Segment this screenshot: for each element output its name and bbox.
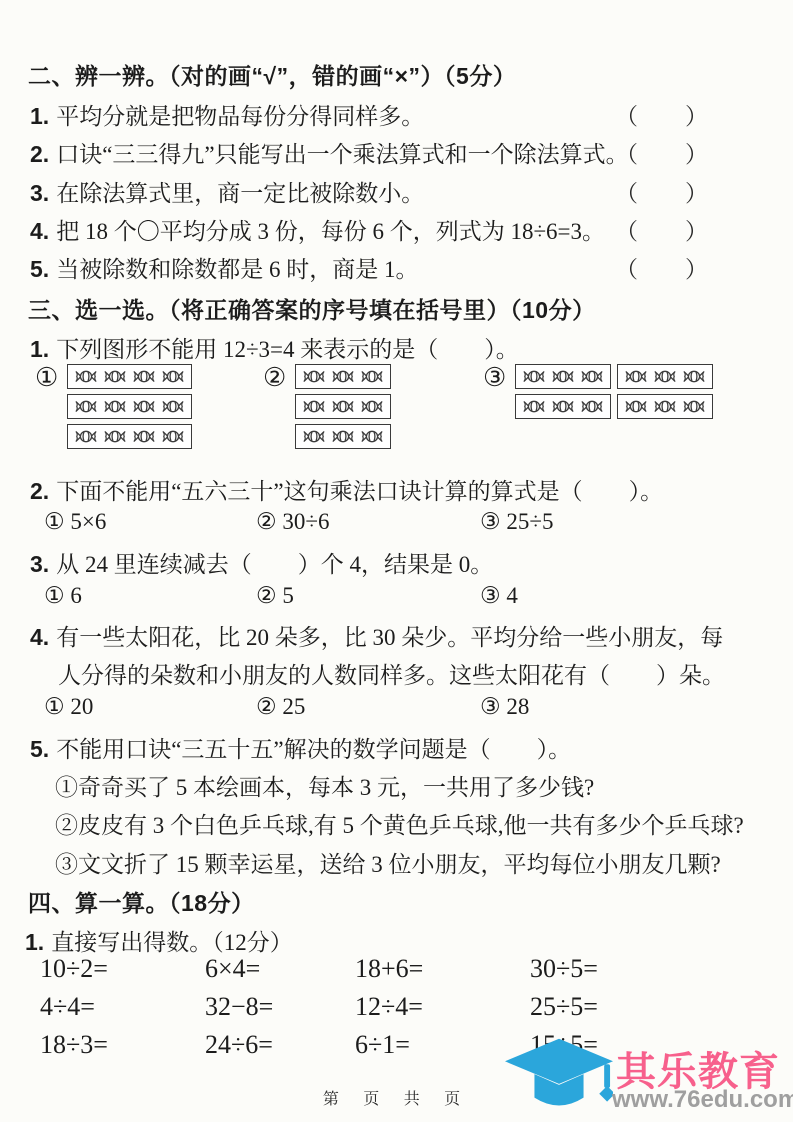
answer-bracket-close: ） bbox=[685, 175, 708, 208]
candy-icon bbox=[161, 428, 185, 445]
question-number: 4. bbox=[30, 624, 49, 650]
candy-box bbox=[67, 364, 192, 389]
candy-icon bbox=[551, 368, 575, 385]
candy-figure: ① ② ③ bbox=[0, 364, 793, 466]
question-2: 2.下面不能用“五六三十”这句乘法口诀计算的算式是（ ）。 bbox=[30, 473, 663, 506]
tf-item-4: 4.把 18 个〇平均分成 3 份，每份 6 个，列式为 18÷6=3。 （ ） bbox=[30, 213, 763, 246]
item-number: 5. bbox=[30, 256, 49, 282]
question-1: 1.下列图形不能用 12÷3=4 来表示的是（ ）。 bbox=[30, 331, 519, 364]
option-3: ③ 28 bbox=[480, 694, 529, 720]
tf-item-3: 3.在除法算式里，商一定比被除数小。 （ ） bbox=[30, 175, 763, 208]
figure-option-1: ① bbox=[35, 364, 192, 449]
calc-cell: 32−8= bbox=[205, 992, 273, 1022]
candy-icon bbox=[331, 398, 355, 415]
item-text: 把 18 个〇平均分成 3 份，每份 6 个，列式为 18÷6=3。 bbox=[56, 219, 605, 244]
option-1: ① 6 bbox=[44, 583, 82, 609]
item-number: 3. bbox=[30, 180, 49, 206]
calc-cell: 18+6= bbox=[355, 954, 423, 984]
option-3: ③ 4 bbox=[480, 583, 518, 609]
calc-cell: 10÷2= bbox=[40, 954, 108, 984]
candy-icon bbox=[653, 368, 677, 385]
candy-box bbox=[67, 394, 192, 419]
item-text: 当被除数和除数都是 6 时，商是 1。 bbox=[56, 257, 418, 282]
candy-icon bbox=[74, 368, 98, 385]
answer-bracket-open: （ bbox=[615, 251, 638, 284]
calc-cell: 30÷5= bbox=[530, 954, 598, 984]
candy-icon bbox=[302, 428, 326, 445]
candy-icon bbox=[302, 368, 326, 385]
question-number: 1. bbox=[30, 336, 49, 362]
answer-bracket-open: （ bbox=[615, 136, 638, 169]
candy-box bbox=[295, 394, 391, 419]
item-number: 2. bbox=[30, 141, 49, 167]
candy-icon bbox=[161, 398, 185, 415]
candy-box-group bbox=[295, 364, 391, 449]
candy-box bbox=[515, 394, 611, 419]
item-text: 平均分就是把物品每份分得同样多。 bbox=[56, 104, 424, 129]
candy-icon bbox=[360, 398, 384, 415]
option-2: ② 5 bbox=[256, 583, 294, 609]
question-text: 不能用口诀“三五十五”解决的数学问题是（ ）。 bbox=[56, 737, 571, 762]
candy-box bbox=[515, 364, 611, 389]
question-5-choice-2: ②皮皮有 3 个白色乒乓球,有 5 个黄色乒乓球,他一共有多少个乒乓球? bbox=[55, 807, 744, 840]
question-3: 3.从 24 里连续减去（ ）个 4，结果是 0。 bbox=[30, 546, 493, 579]
question-number: 3. bbox=[30, 551, 49, 577]
figure-option-label: ② bbox=[263, 364, 286, 392]
question-3-options: ① 6 ② 5 ③ 4 bbox=[0, 583, 793, 613]
candy-icon bbox=[161, 368, 185, 385]
question-text: 直接写出得数。（12分） bbox=[51, 930, 293, 955]
candy-icon bbox=[522, 368, 546, 385]
section4-subtitle: 1.直接写出得数。（12分） bbox=[25, 924, 293, 957]
question-2-options: ① 5×6 ② 30÷6 ③ 25÷5 bbox=[0, 509, 793, 539]
graduation-cap-icon bbox=[505, 1038, 613, 1122]
candy-icon bbox=[132, 428, 156, 445]
candy-box bbox=[295, 364, 391, 389]
figure-option-3: ③ bbox=[483, 364, 713, 419]
candy-box bbox=[617, 364, 713, 389]
candy-icon bbox=[74, 398, 98, 415]
question-4-line1: 4.有一些太阳花，比 20 朵多，比 30 朵少。平均分给一些小朋友，每 bbox=[30, 619, 723, 652]
figure-option-label: ① bbox=[35, 364, 58, 392]
candy-box-group bbox=[67, 364, 192, 449]
candy-icon bbox=[360, 368, 384, 385]
option-2: ② 25 bbox=[256, 694, 305, 720]
calc-cell: 6×4= bbox=[205, 954, 260, 984]
question-text: 下列图形不能用 12÷3=4 来表示的是（ ）。 bbox=[56, 337, 519, 362]
question-number: 5. bbox=[30, 736, 49, 762]
brand-url: www.76edu.com bbox=[612, 1086, 793, 1114]
tf-item-1: 1.平均分就是把物品每份分得同样多。 （ ） bbox=[30, 98, 763, 131]
candy-icon bbox=[624, 398, 648, 415]
figure-option-label: ③ bbox=[483, 364, 506, 392]
question-number: 1. bbox=[25, 929, 44, 955]
candy-icon bbox=[132, 398, 156, 415]
candy-icon bbox=[331, 368, 355, 385]
candy-box bbox=[617, 394, 713, 419]
candy-box bbox=[67, 424, 192, 449]
calc-cell: 6÷1= bbox=[355, 1030, 410, 1060]
question-number: 2. bbox=[30, 478, 49, 504]
candy-icon bbox=[580, 398, 604, 415]
candy-icon bbox=[360, 428, 384, 445]
candy-box bbox=[295, 424, 391, 449]
item-number: 1. bbox=[30, 103, 49, 129]
question-text: 人分得的朵数和小朋友的人数同样多。这些太阳花有（ ）朵。 bbox=[58, 663, 725, 688]
item-text: 在除法算式里，商一定比被除数小。 bbox=[56, 181, 424, 206]
candy-icon bbox=[551, 398, 575, 415]
candy-box-group bbox=[515, 364, 713, 419]
question-4-options: ① 20 ② 25 ③ 28 bbox=[0, 694, 793, 724]
section3-title: 三、选一选。（将正确答案的序号填在括号里）（10分） bbox=[28, 292, 596, 325]
candy-icon bbox=[74, 428, 98, 445]
item-number: 4. bbox=[30, 218, 49, 244]
answer-bracket-open: （ bbox=[615, 175, 638, 208]
candy-icon bbox=[103, 428, 127, 445]
candy-icon bbox=[653, 398, 677, 415]
answer-bracket-close: ） bbox=[685, 251, 708, 284]
question-4-line2: 人分得的朵数和小朋友的人数同样多。这些太阳花有（ ）朵。 bbox=[58, 657, 725, 690]
candy-icon bbox=[331, 428, 355, 445]
candy-icon bbox=[132, 368, 156, 385]
item-text: 口诀“三三得九”只能写出一个乘法算式和一个除法算式。 bbox=[56, 142, 628, 167]
option-2: ② 30÷6 bbox=[256, 509, 330, 535]
answer-bracket-close: ） bbox=[685, 98, 708, 131]
tf-item-2: 2.口诀“三三得九”只能写出一个乘法算式和一个除法算式。 （ ） bbox=[30, 136, 763, 169]
candy-icon bbox=[580, 368, 604, 385]
option-1: ① 5×6 bbox=[44, 509, 106, 535]
question-text: 有一些太阳花，比 20 朵多，比 30 朵少。平均分给一些小朋友，每 bbox=[56, 625, 723, 650]
answer-bracket-close: ） bbox=[685, 136, 708, 169]
section2-title: 二、辨一辨。（对的画“√”，错的画“×”）（5分） bbox=[28, 58, 516, 91]
answer-bracket-close: ） bbox=[685, 213, 708, 246]
figure-option-2: ② bbox=[263, 364, 391, 449]
question-5: 5.不能用口诀“三五十五”解决的数学问题是（ ）。 bbox=[30, 731, 571, 764]
calc-cell: 24÷6= bbox=[205, 1030, 273, 1060]
answer-bracket-open: （ bbox=[615, 213, 638, 246]
worksheet-page: 二、辨一辨。（对的画“√”，错的画“×”）（5分） 1.平均分就是把物品每份分得… bbox=[0, 0, 793, 1122]
candy-icon bbox=[522, 398, 546, 415]
candy-icon bbox=[103, 368, 127, 385]
candy-icon bbox=[682, 398, 706, 415]
question-text: 下面不能用“五六三十”这句乘法口诀计算的算式是（ ）。 bbox=[56, 479, 663, 504]
calc-cell: 12÷4= bbox=[355, 992, 423, 1022]
calc-cell: 25÷5= bbox=[530, 992, 598, 1022]
candy-icon bbox=[103, 398, 127, 415]
option-3: ③ 25÷5 bbox=[480, 509, 554, 535]
option-1: ① 20 bbox=[44, 694, 93, 720]
section4-title: 四、算一算。（18分） bbox=[28, 885, 255, 918]
candy-icon bbox=[302, 398, 326, 415]
candy-icon bbox=[624, 368, 648, 385]
calc-cell: 18÷3= bbox=[40, 1030, 108, 1060]
calc-cell: 4÷4= bbox=[40, 992, 95, 1022]
answer-bracket-open: （ bbox=[615, 98, 638, 131]
tf-item-5: 5.当被除数和除数都是 6 时，商是 1。 （ ） bbox=[30, 251, 763, 284]
candy-icon bbox=[682, 368, 706, 385]
question-5-choice-1: ①奇奇买了 5 本绘画本，每本 3 元，一共用了多少钱? bbox=[55, 769, 594, 802]
question-text: 从 24 里连续减去（ ）个 4，结果是 0。 bbox=[56, 552, 493, 577]
question-5-choice-3: ③文文折了 15 颗幸运星，送给 3 位小朋友，平均每位小朋友几颗? bbox=[55, 846, 721, 879]
